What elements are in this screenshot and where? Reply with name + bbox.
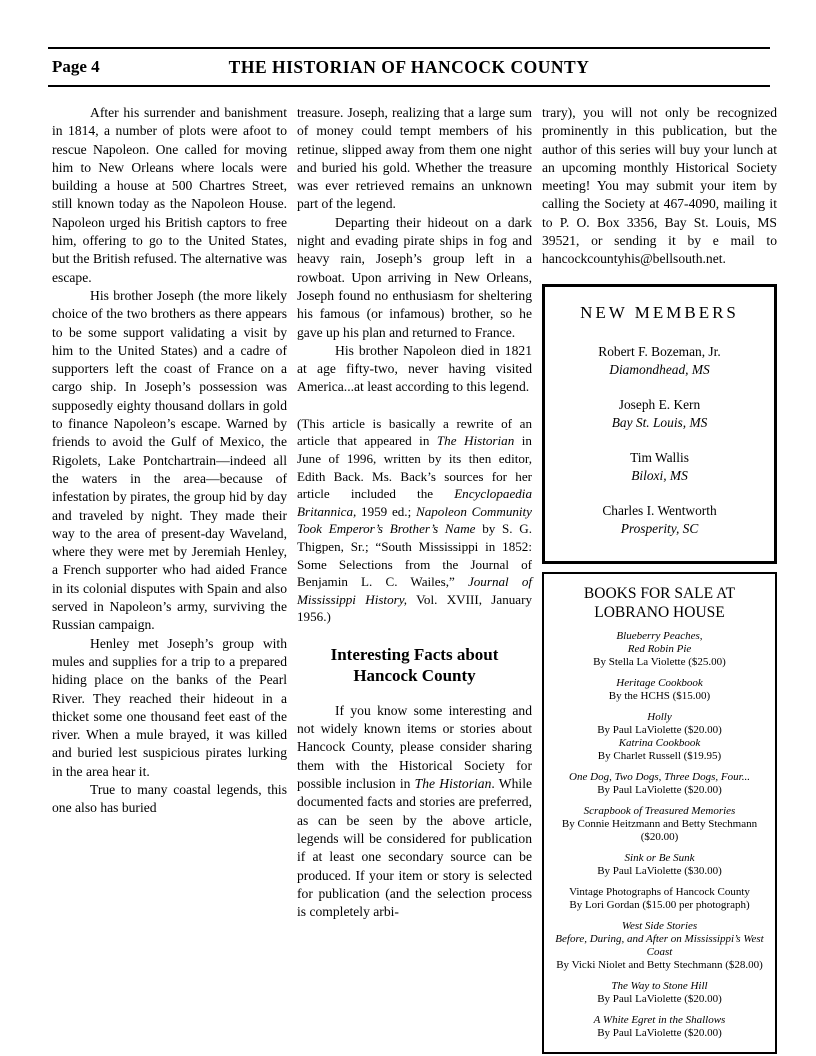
book-item: Sink or Be Sunk By Paul LaViolette ($30.… bbox=[549, 852, 770, 878]
facts-section-heading: Interesting Facts about Hancock County bbox=[305, 644, 524, 686]
newsletter-page: Page 4 THE HISTORIAN OF HANCOCK COUNTY A… bbox=[0, 0, 816, 1056]
editorial-note: (This article is basically a rewrite of … bbox=[297, 415, 532, 626]
book-item: Katrina Cookbook By Charlet Russell ($19… bbox=[549, 737, 770, 763]
book-item: Vintage Photographs of Hancock County By… bbox=[549, 886, 770, 912]
book-author-price: By Paul LaViolette ($20.00) bbox=[549, 724, 770, 737]
book-title: A White Egret in the Shallows bbox=[549, 1014, 770, 1027]
member-entry: Charles I. Wentworth Prosperity, SC bbox=[551, 502, 768, 538]
member-name: Tim Wallis bbox=[551, 449, 768, 467]
book-title: Scrapbook of Treasured Memories bbox=[549, 805, 770, 818]
book-author-price: By Stella La Violette ($25.00) bbox=[549, 656, 770, 669]
book-title: Blueberry Peaches, Red Robin Pie bbox=[549, 630, 770, 656]
column-3: trary), you will not only be recognized … bbox=[542, 104, 777, 1054]
book-author-price: By Paul LaViolette ($20.00) bbox=[549, 784, 770, 797]
member-location: Diamondhead, MS bbox=[551, 361, 768, 379]
paragraph-submission-info: trary), you will not only be recognized … bbox=[542, 104, 777, 269]
member-location: Biloxi, MS bbox=[551, 467, 768, 485]
member-location: Bay St. Louis, MS bbox=[551, 414, 768, 432]
masthead-title: THE HISTORIAN OF HANCOCK COUNTY bbox=[48, 57, 770, 78]
book-author-price: By Paul LaViolette ($30.00) bbox=[549, 865, 770, 878]
book-author-price: By Lori Gordan ($15.00 per photograph) bbox=[549, 899, 770, 912]
paragraph-henley: Henley met Joseph’s group with mules and… bbox=[52, 635, 287, 781]
book-title: Sink or Be Sunk bbox=[549, 852, 770, 865]
book-title: West Side Stories bbox=[549, 920, 770, 933]
books-for-sale-box: BOOKS FOR SALE AT LOBRANO HOUSE Blueberr… bbox=[542, 572, 777, 1054]
book-title: One Dog, Two Dogs, Three Dogs, Four... bbox=[549, 771, 770, 784]
paragraph-coastal-legends: True to many coastal legends, this one a… bbox=[52, 781, 287, 818]
new-members-title: NEW MEMBERS bbox=[551, 303, 768, 323]
paragraph-departing: Departing their hideout on a dark night … bbox=[297, 214, 532, 342]
book-item: West Side Stories Before, During, and Af… bbox=[549, 920, 770, 972]
book-author-price: By Paul LaViolette ($20.00) bbox=[549, 993, 770, 1006]
book-author-price: By Vicki Niolet and Betty Stechmann ($28… bbox=[549, 959, 770, 972]
column-2: treasure. Joseph, realizing that a large… bbox=[297, 104, 532, 1054]
article-columns: After his surrender and banishment in 18… bbox=[52, 104, 778, 1054]
paragraph-invite: If you know some interesting and not wid… bbox=[297, 702, 532, 922]
page-header: Page 4 THE HISTORIAN OF HANCOCK COUNTY bbox=[48, 47, 770, 87]
paragraph-brother-joseph: His brother Joseph (the more likely choi… bbox=[52, 287, 287, 635]
books-box-title: BOOKS FOR SALE AT LOBRANO HOUSE bbox=[569, 584, 750, 622]
member-name: Joseph E. Kern bbox=[551, 396, 768, 414]
member-entry: Robert F. Bozeman, Jr. Diamondhead, MS bbox=[551, 343, 768, 379]
book-title: Vintage Photographs of Hancock County bbox=[549, 886, 770, 899]
book-item: One Dog, Two Dogs, Three Dogs, Four... B… bbox=[549, 771, 770, 797]
paragraph-surrender: After his surrender and banishment in 18… bbox=[52, 104, 287, 287]
member-name: Charles I. Wentworth bbox=[551, 502, 768, 520]
book-title: Holly bbox=[549, 711, 770, 724]
book-author-price: By the HCHS ($15.00) bbox=[549, 690, 770, 703]
book-item: Scrapbook of Treasured Memories By Conni… bbox=[549, 805, 770, 844]
paragraph-treasure: treasure. Joseph, realizing that a large… bbox=[297, 104, 532, 214]
book-title: Katrina Cookbook bbox=[549, 737, 770, 750]
book-subtitle: Before, During, and After on Mississippi… bbox=[549, 933, 770, 959]
new-members-box: NEW MEMBERS Robert F. Bozeman, Jr. Diamo… bbox=[542, 284, 777, 564]
book-author-price: By Paul LaViolette ($20.00) bbox=[549, 1027, 770, 1040]
book-author-price: By Connie Heitzmann and Betty Stechmann … bbox=[549, 818, 770, 844]
column-1: After his surrender and banishment in 18… bbox=[52, 104, 287, 1054]
member-entry: Tim Wallis Biloxi, MS bbox=[551, 449, 768, 485]
paragraph-napoleon-died: His brother Napoleon died in 1821 at age… bbox=[297, 342, 532, 397]
book-item: Heritage Cookbook By the HCHS ($15.00) bbox=[549, 677, 770, 703]
book-item: A White Egret in the Shallows By Paul La… bbox=[549, 1014, 770, 1040]
book-title: Heritage Cookbook bbox=[549, 677, 770, 690]
member-location: Prosperity, SC bbox=[551, 520, 768, 538]
book-item: The Way to Stone Hill By Paul LaViolette… bbox=[549, 980, 770, 1006]
book-item: Blueberry Peaches, Red Robin Pie By Stel… bbox=[549, 630, 770, 669]
member-entry: Joseph E. Kern Bay St. Louis, MS bbox=[551, 396, 768, 432]
book-item: Holly By Paul LaViolette ($20.00) bbox=[549, 711, 770, 737]
book-title: The Way to Stone Hill bbox=[549, 980, 770, 993]
member-name: Robert F. Bozeman, Jr. bbox=[551, 343, 768, 361]
book-author-price: By Charlet Russell ($19.95) bbox=[549, 750, 770, 763]
